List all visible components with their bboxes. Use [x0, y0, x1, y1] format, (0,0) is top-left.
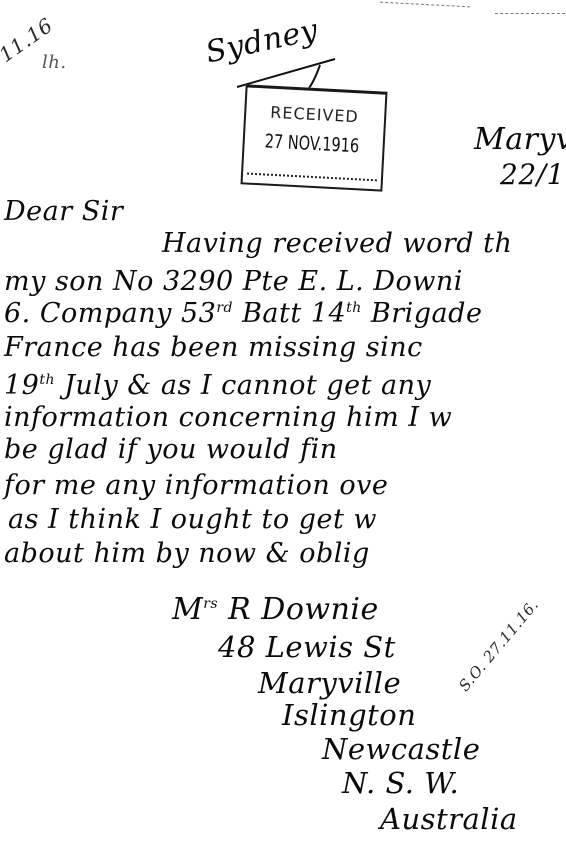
ordinal-suffix: th [39, 372, 55, 388]
stamp-date: 27 NOV.1916 [264, 130, 360, 157]
margin-annotation: S.O. 27.11.16. [455, 596, 542, 695]
body-line-9: as I think I ought to get w [8, 504, 377, 535]
received-stamp: RECEIVED 27 NOV.1916 [240, 84, 387, 191]
body-line-8: for me any information ove [4, 470, 388, 501]
body-line-3: 6. Company 53rd Batt 14th Brigade [4, 298, 482, 329]
body-line-4: France has been missing sinc [4, 332, 423, 363]
body-line-1: Having received word th [162, 228, 512, 259]
address-line-4: Newcastle [322, 732, 480, 766]
body-line-6: information concerning him I w [4, 402, 452, 433]
address-line-1: 48 Lewis St [218, 630, 396, 664]
body-line-5: 19th July & as I cannot get any [4, 370, 431, 401]
signature-surname: R Downie [218, 592, 379, 627]
address-line-2: Maryville [258, 666, 401, 700]
body-line-7: be glad if you would fin [4, 434, 338, 465]
letter-date: 22/10 [500, 158, 566, 191]
body-line-3-part-1: 6. Company 53 [4, 298, 216, 329]
body-line-3-part-2: Batt 14 [233, 298, 346, 329]
body-line-5-part-1: 19 [4, 370, 39, 401]
paper-edge-line [495, 13, 565, 14]
initials-annotation: lh. [42, 52, 67, 73]
body-line-3-part-3: Brigade [362, 298, 483, 329]
signature-prefix-suffix: rs [203, 596, 218, 612]
address-line-5: N. S. W. [342, 766, 459, 800]
paper-edge-line [380, 2, 470, 8]
stamp-dotted-line [247, 173, 377, 182]
ordinal-suffix: rd [216, 300, 233, 316]
body-line-2: my son No 3290 Pte E. L. Downi [4, 266, 463, 297]
ordinal-suffix: th [346, 300, 362, 316]
signature-prefix: M [172, 592, 203, 627]
signature-name: Mrs R Downie [172, 592, 379, 627]
address-line-6: Australia [380, 802, 518, 836]
salutation: Dear Sir [4, 196, 123, 227]
address-line-3: Islington [282, 698, 416, 732]
stamp-label: RECEIVED [270, 103, 359, 127]
body-line-5-part-2: July & as I cannot get any [55, 370, 431, 401]
letter-place: Maryv [474, 122, 566, 157]
body-line-10: about him by now & oblig [4, 538, 370, 569]
